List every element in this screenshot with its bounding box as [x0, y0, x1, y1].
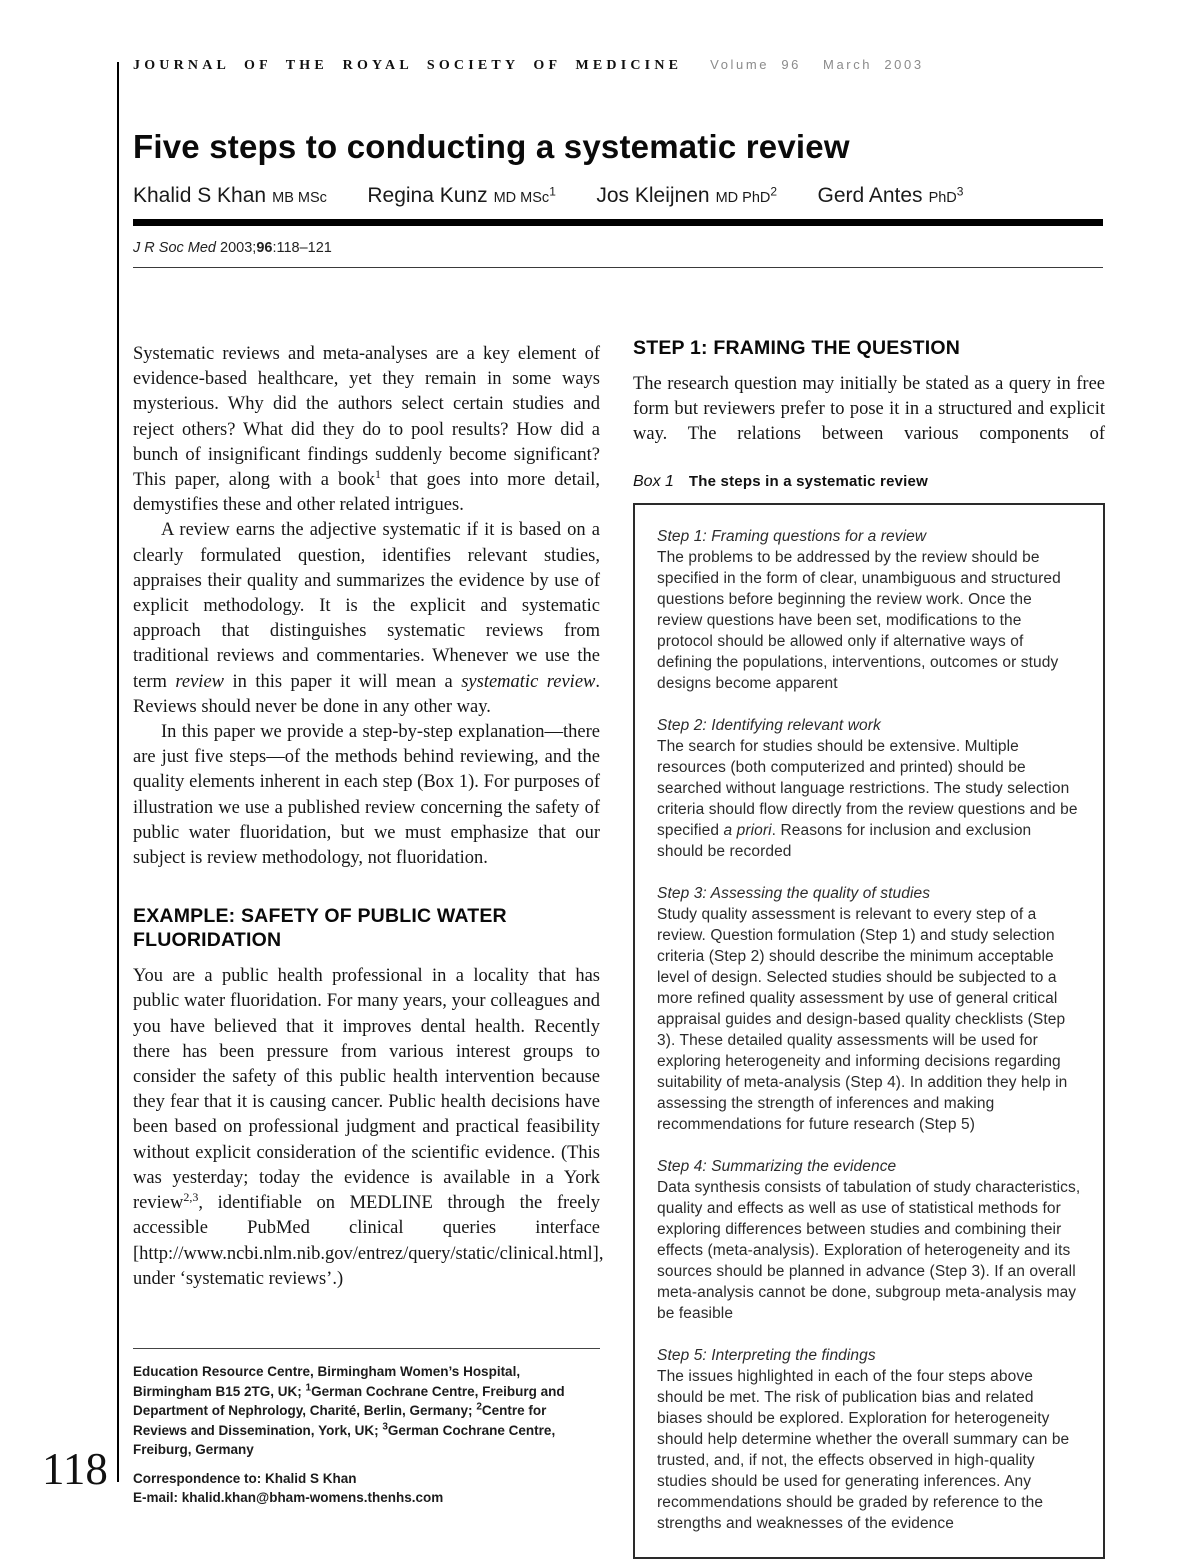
author: Regina KunzMD MSc1 — [367, 189, 556, 206]
author-name: Regina Kunz — [367, 184, 487, 207]
box-step-heading: Step 4: Summarizing the evidence — [657, 1156, 1081, 1177]
box-step: Step 5: Interpreting the findings The is… — [657, 1345, 1081, 1534]
author-affiliation-number: 2 — [770, 185, 777, 199]
margin-rule — [117, 62, 119, 1482]
journal-date: March 2003 — [823, 57, 924, 72]
email: E-mail: khalid.khan@bham-womens.thenhs.c… — [133, 1488, 600, 1508]
author: Khalid S KhanMB MSc — [133, 189, 327, 206]
box-step-body: Data synthesis consists of tabulation of… — [657, 1177, 1081, 1324]
divider-thick — [133, 219, 1103, 226]
footnote-rule — [133, 1348, 600, 1349]
box-step-body: Study quality assessment is relevant to … — [657, 904, 1081, 1135]
right-column: STEP 1: FRAMING THE QUESTION The researc… — [633, 336, 1105, 1559]
box-step: Step 3: Assessing the quality of studies… — [657, 883, 1081, 1135]
box-step-body: The search for studies should be extensi… — [657, 736, 1081, 862]
footnote-block: Education Resource Centre, Birmingham Wo… — [133, 1348, 600, 1508]
box-step: Step 4: Summarizing the evidence Data sy… — [657, 1156, 1081, 1324]
box-step-heading: Step 2: Identifying relevant work — [657, 715, 1081, 736]
box-caption: Box 1The steps in a systematic review — [633, 467, 1105, 494]
article-title: Five steps to conducting a systematic re… — [133, 128, 850, 166]
author-name: Gerd Antes — [818, 184, 923, 207]
box-step: Step 2: Identifying relevant work The se… — [657, 715, 1081, 862]
left-column: Systematic reviews and meta-analyses are… — [133, 342, 600, 1292]
box-step: Step 1: Framing questions for a review T… — [657, 526, 1081, 694]
affiliations: Education Resource Centre, Birmingham Wo… — [133, 1362, 600, 1460]
step1-heading: STEP 1: FRAMING THE QUESTION — [633, 336, 1105, 360]
author: Jos KleijnenMD PhD2 — [596, 189, 777, 206]
journal-name: JOURNAL OF THE ROYAL SOCIETY OF MEDICINE — [133, 58, 682, 73]
box-step-body: The issues highlighted in each of the fo… — [657, 1366, 1081, 1534]
author-degrees: MB MSc — [272, 190, 327, 206]
paragraph-five-steps: In this paper we provide a step-by-step … — [133, 720, 600, 871]
author-name: Khalid S Khan — [133, 184, 266, 207]
journal-page: JOURNAL OF THE ROYAL SOCIETY OF MEDICINE… — [0, 0, 1200, 1552]
author-degrees: PhD — [929, 190, 957, 206]
author-affiliation-number: 3 — [957, 185, 964, 199]
box-step-heading: Step 1: Framing questions for a review — [657, 526, 1081, 547]
box-label: Box 1 — [633, 473, 674, 490]
citation: J R Soc Med 2003;96:118–121 — [133, 240, 332, 256]
divider-thin — [133, 267, 1103, 268]
journal-volume: Volume 96 — [710, 57, 801, 72]
box-steps-systematic-review: Step 1: Framing questions for a review T… — [633, 503, 1105, 1559]
box-step-heading: Step 5: Interpreting the findings — [657, 1345, 1081, 1366]
paragraph-example: You are a public health professional in … — [133, 964, 600, 1292]
author-affiliation-number: 1 — [549, 185, 556, 199]
author-degrees: MD MSc — [494, 190, 550, 206]
author-list: Khalid S KhanMB MSc Regina KunzMD MSc1 J… — [133, 184, 963, 208]
box-step-heading: Step 3: Assessing the quality of studies — [657, 883, 1081, 904]
author-degrees: MD PhD — [716, 190, 771, 206]
author-name: Jos Kleijnen — [596, 184, 709, 207]
example-heading: EXAMPLE: SAFETY OF PUBLIC WATER FLUORIDA… — [133, 904, 600, 952]
paragraph-systematic-definition: A review earns the adjective systematic … — [133, 518, 600, 720]
journal-header: JOURNAL OF THE ROYAL SOCIETY OF MEDICINE… — [133, 56, 924, 74]
author: Gerd AntesPhD3 — [818, 189, 964, 206]
paragraph-step1: The research question may initially be s… — [633, 372, 1105, 448]
paragraph-intro: Systematic reviews and meta-analyses are… — [133, 342, 600, 518]
page-number: 118 — [42, 1443, 108, 1495]
box-title: The steps in a systematic review — [689, 473, 928, 490]
box-step-body: The problems to be addressed by the revi… — [657, 547, 1081, 694]
correspondence: Correspondence to: Khalid S Khan — [133, 1469, 600, 1489]
